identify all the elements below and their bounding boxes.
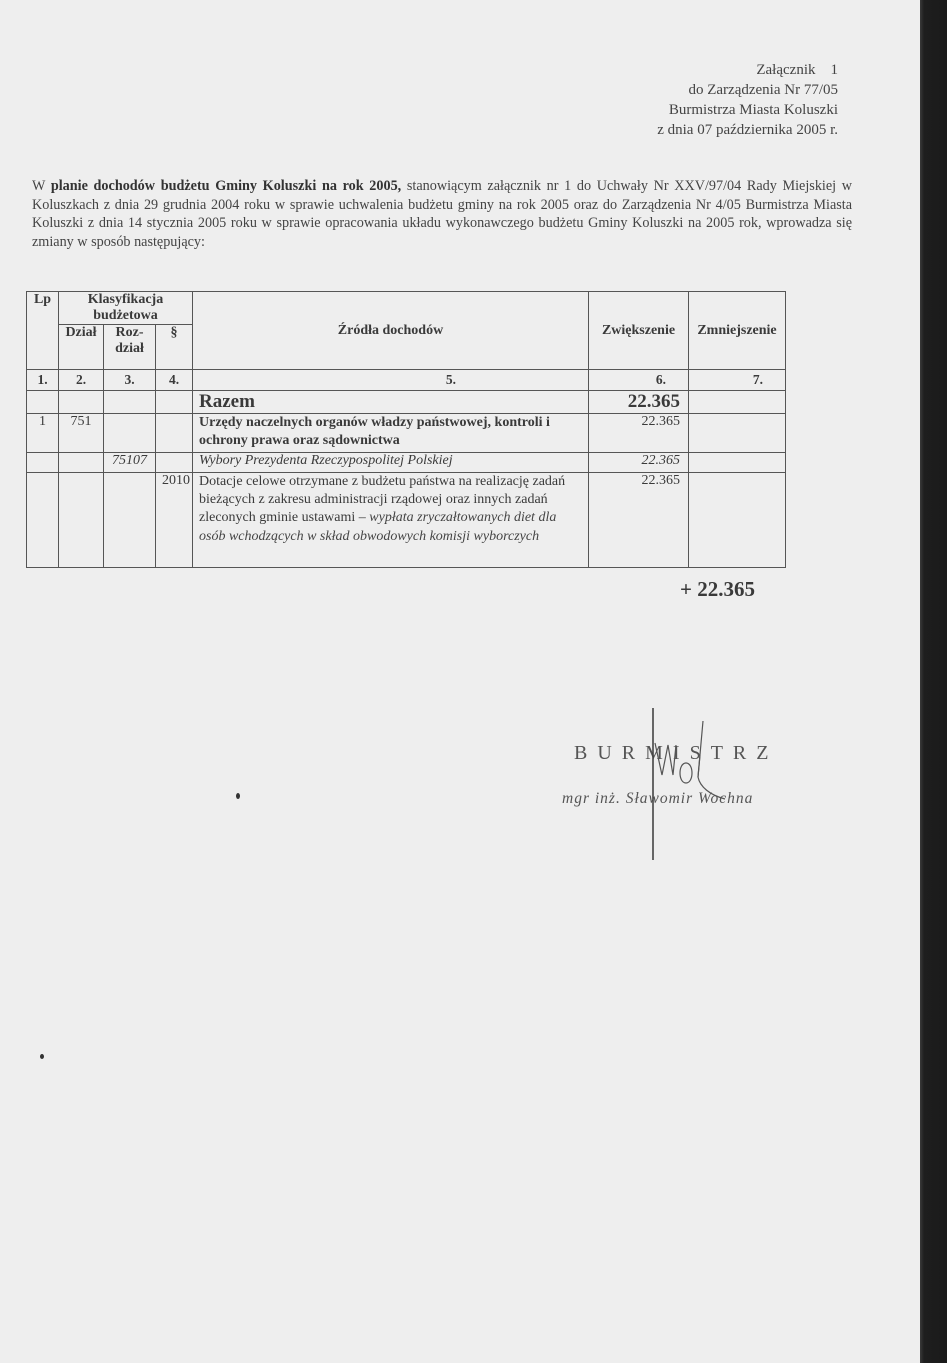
colnum-7: 7. bbox=[689, 370, 786, 391]
total-row: Razem 22.365 bbox=[27, 391, 786, 414]
header-row: Lp Klasyfikacja budżetowa Źródła dochodó… bbox=[27, 292, 786, 325]
header-line-issuer: Burmistrza Miasta Koluszki bbox=[657, 100, 838, 120]
scan-edge-shadow bbox=[920, 0, 947, 1363]
intro-lead: W bbox=[32, 178, 51, 194]
budget-changes-table: Lp Klasyfikacja budżetowa Źródła dochodó… bbox=[26, 291, 786, 568]
row-source: Dotacje celowe otrzymane z budżetu państ… bbox=[193, 473, 589, 568]
header-rozdzial: Roz-dział bbox=[104, 325, 156, 370]
total-decrease bbox=[689, 391, 786, 414]
row-lp bbox=[27, 473, 59, 568]
attachment-header: Załącznik 1 do Zarządzenia Nr 77/05 Burm… bbox=[657, 60, 838, 140]
header-source: Źródła dochodów bbox=[193, 292, 589, 370]
table-row: 75107 Wybory Prezydenta Rzeczypospolitej… bbox=[27, 453, 786, 473]
intro-paragraph: W planie dochodów budżetu Gminy Koluszki… bbox=[32, 177, 852, 251]
header-dzial: Dział bbox=[59, 325, 104, 370]
row-dzial bbox=[59, 473, 104, 568]
scan-speck bbox=[236, 793, 240, 799]
row-lp: 1 bbox=[27, 414, 59, 453]
header-line-order: do Zarządzenia Nr 77/05 bbox=[657, 80, 838, 100]
row-increase: 22.365 bbox=[589, 414, 689, 453]
handwritten-signature-icon bbox=[640, 705, 730, 865]
document-page: Załącznik 1 do Zarządzenia Nr 77/05 Burm… bbox=[0, 0, 920, 1363]
scan-speck bbox=[40, 1054, 44, 1059]
table-row: 1 751 Urzędy naczelnych organów władzy p… bbox=[27, 414, 786, 453]
row-paragraph bbox=[156, 453, 193, 473]
total-change: + 22.365 bbox=[680, 577, 755, 602]
intro-lead-bold: planie dochodów budżetu Gminy Koluszki n… bbox=[51, 178, 401, 194]
total-increase: 22.365 bbox=[589, 391, 689, 414]
colnum-4: 4. bbox=[156, 370, 193, 391]
row-paragraph: 2010 bbox=[156, 473, 193, 568]
colnum-5: 5. bbox=[193, 370, 589, 391]
row-decrease bbox=[689, 414, 786, 453]
colnum-1: 1. bbox=[27, 370, 59, 391]
table-row: 2010 Dotacje celowe otrzymane z budżetu … bbox=[27, 473, 786, 568]
row-decrease bbox=[689, 473, 786, 568]
row-source: Urzędy naczelnych organów władzy państwo… bbox=[193, 414, 589, 453]
row-rozdzial bbox=[104, 414, 156, 453]
row-lp bbox=[27, 453, 59, 473]
total-label: Razem bbox=[193, 391, 589, 414]
row-increase: 22.365 bbox=[589, 453, 689, 473]
colnum-3: 3. bbox=[104, 370, 156, 391]
header-line-date: z dnia 07 października 2005 r. bbox=[657, 120, 838, 140]
column-numbers-row: 1. 2. 3. 4. 5. 6. 7. bbox=[27, 370, 786, 391]
header-decrease: Zmniejszenie bbox=[689, 292, 786, 370]
row-rozdzial bbox=[104, 473, 156, 568]
colnum-2: 2. bbox=[59, 370, 104, 391]
row-dzial bbox=[59, 453, 104, 473]
row-decrease bbox=[689, 453, 786, 473]
header-lp: Lp bbox=[27, 292, 59, 370]
colnum-6: 6. bbox=[589, 370, 689, 391]
header-classification: Klasyfikacja budżetowa bbox=[59, 292, 193, 325]
row-rozdzial: 75107 bbox=[104, 453, 156, 473]
row-dzial: 751 bbox=[59, 414, 104, 453]
header-line-attachment: Załącznik 1 bbox=[657, 60, 838, 80]
header-paragraph: § bbox=[156, 325, 193, 370]
row-paragraph bbox=[156, 414, 193, 453]
row-increase: 22.365 bbox=[589, 473, 689, 568]
row-source: Wybory Prezydenta Rzeczypospolitej Polsk… bbox=[193, 453, 589, 473]
header-increase: Zwiększenie bbox=[589, 292, 689, 370]
